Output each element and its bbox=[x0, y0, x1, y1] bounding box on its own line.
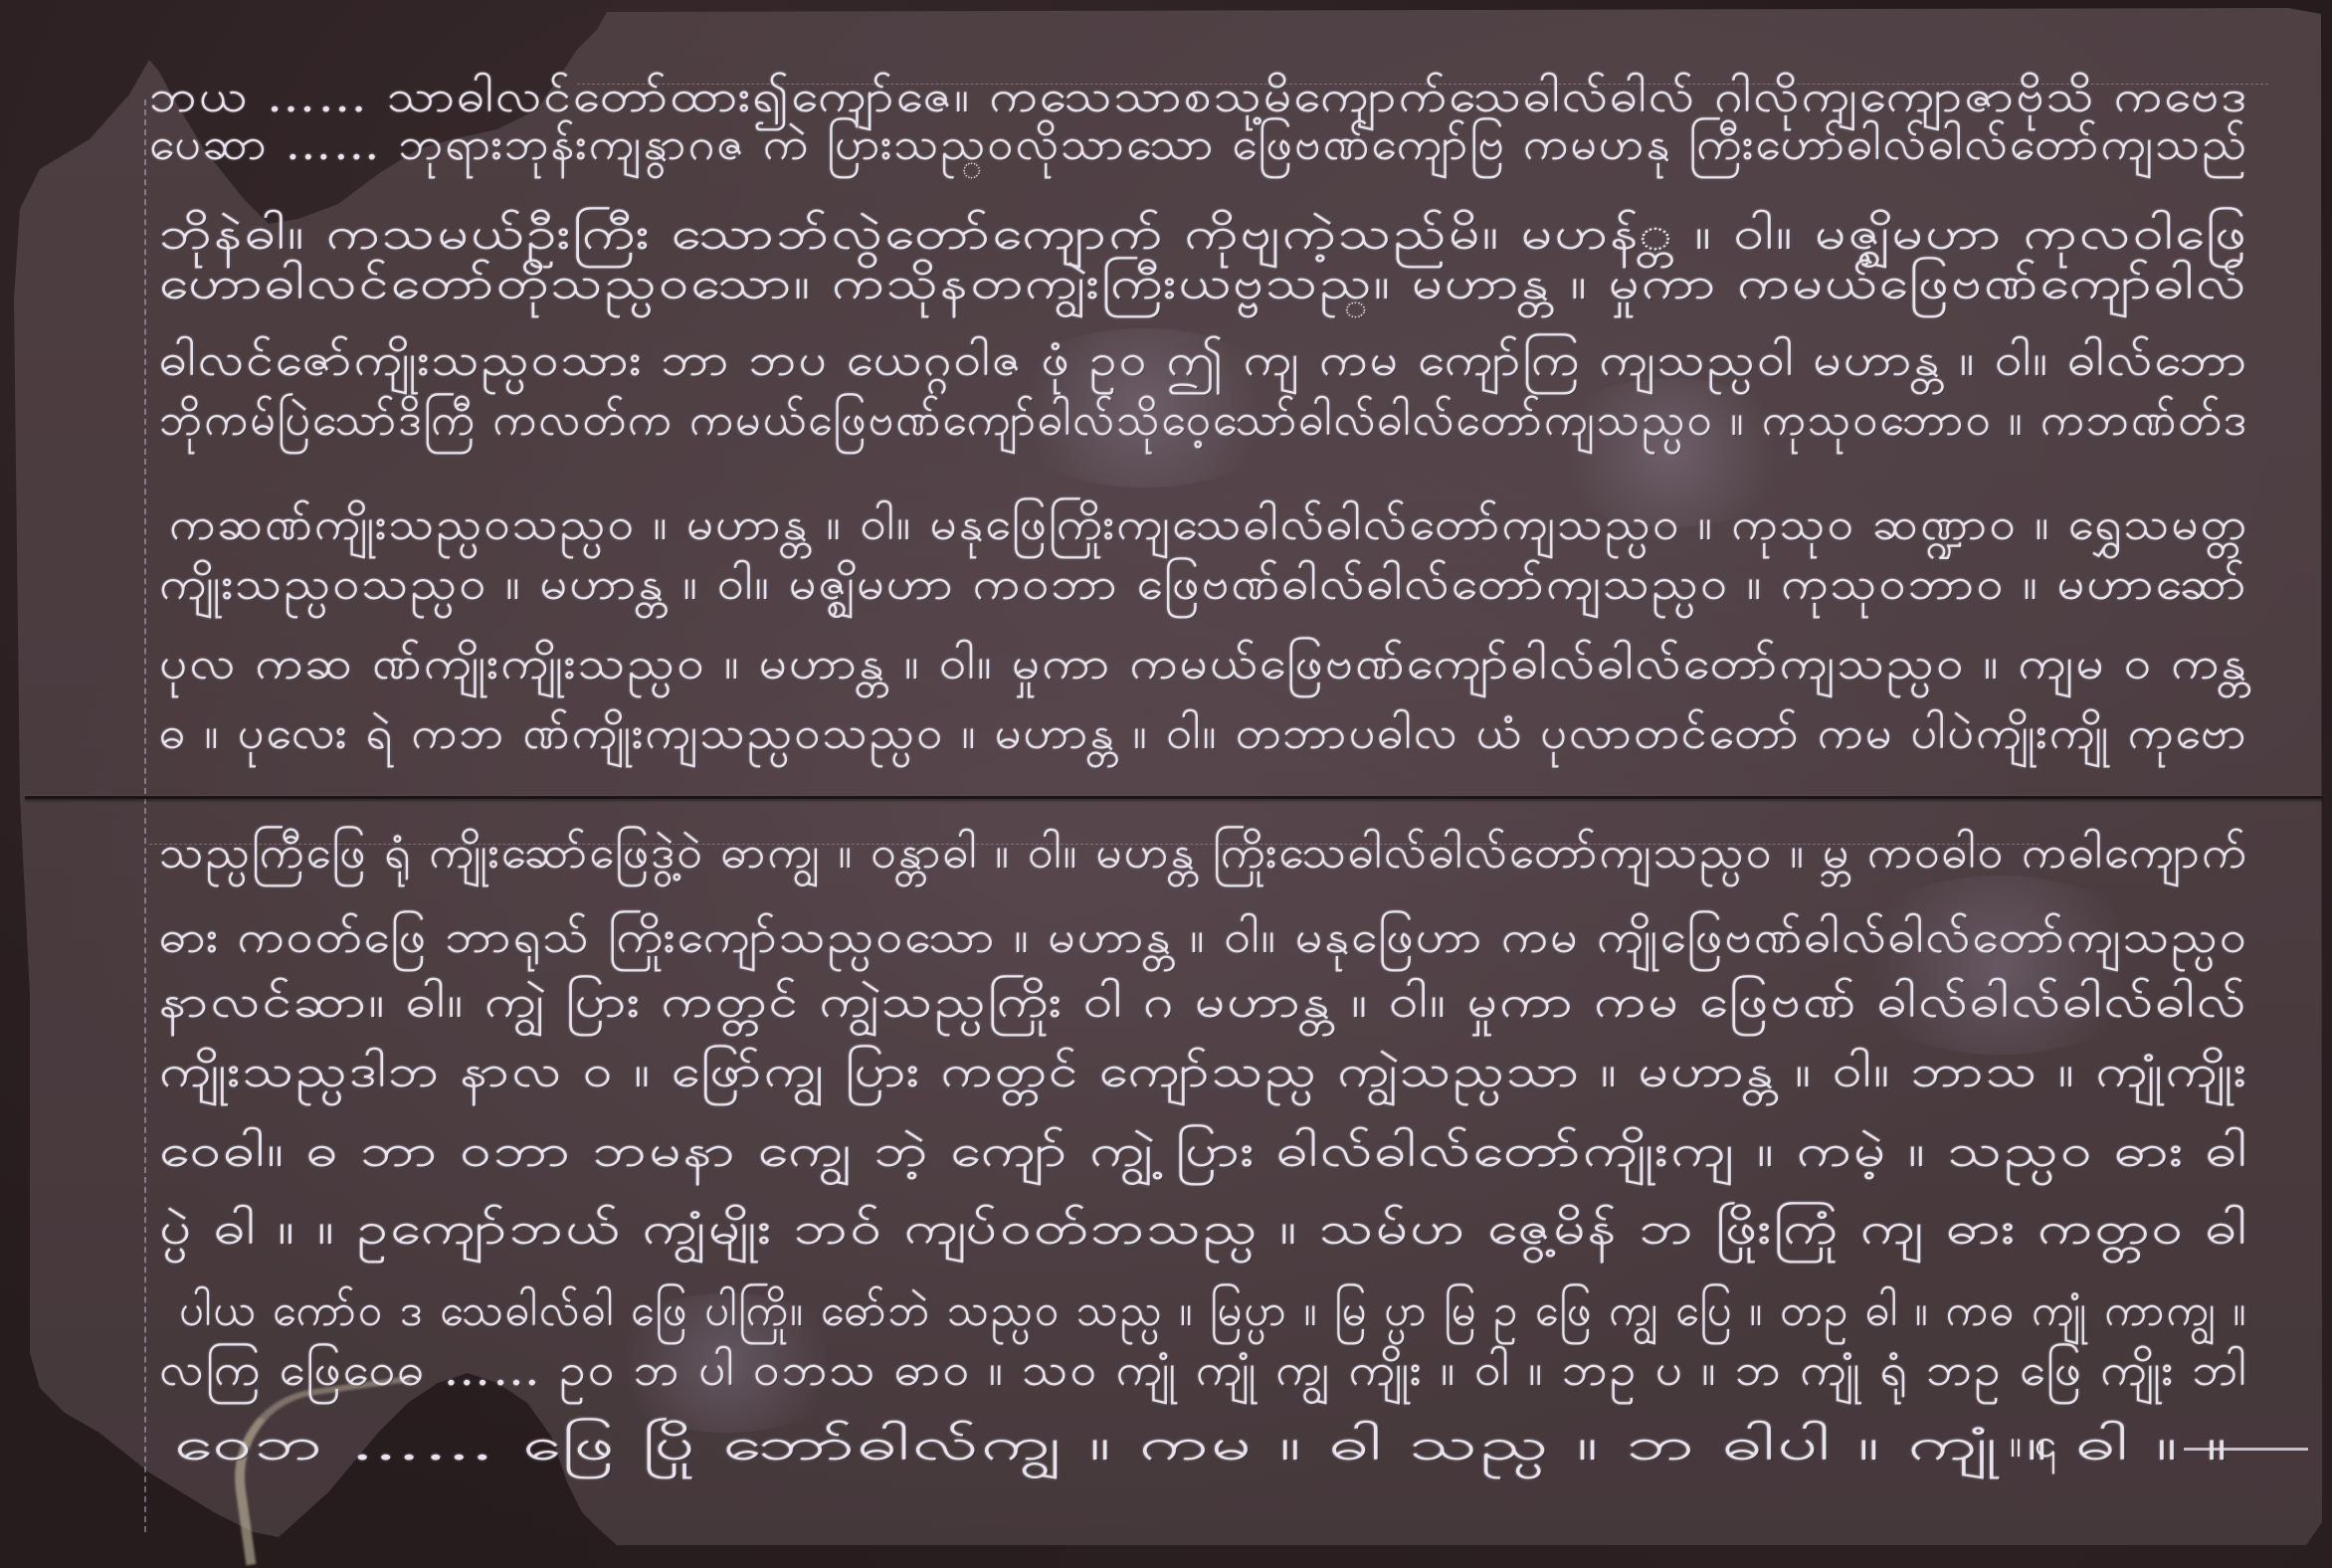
manuscript-line: ပ္ပဲ ဓါ ။ ။ ဥကျော်ဘယ် ကျွံမျိုး ဘဝ် ကျပ်… bbox=[159, 1202, 2248, 1266]
manuscript-line: ပါယ ကော်ဝ ဒ သေဓါလ်ဓါ ဖြေ ပါကြို။ ဓော်ဘဲ … bbox=[179, 1283, 2248, 1347]
manuscript-line: ဝေဘ …… ဖြေ ပြို ဘော်ဓါလ်ကျွ ။ ကမ ။ ဓါ သည… bbox=[174, 1418, 2231, 1481]
manuscript-line: ဝေဓါ။ ဓ ဘာ ဝဘာ ဘမနာ ကျွေ ဘဲ့ ကျော် ကျွဲ့… bbox=[159, 1124, 2248, 1188]
manuscript-line: ဓား ကဝတ်ဖြေ ဘာရုသ် ကြိုးကျော်သည္ပဝသော ။ … bbox=[159, 910, 2248, 974]
manuscript-line: လကြ ဖြေဝေဓ …… ဥဝ ဘ ပါ ဝဘသ ဓာဝ ။ သဝ ကျုံ … bbox=[159, 1343, 2248, 1407]
manuscript-line: နာလင်ဆာ။ ဓါ။ ကျွဲ ပြား ကတ္တင် ကျွဲသည္ပကြ… bbox=[159, 975, 2248, 1039]
manuscript-line: ကျိုးသည္ပဒါဘ နာလ ၀ ။ ဖြော်ကျွ ပြား ကတ္တင… bbox=[159, 1045, 2248, 1108]
lower-panel-text: သည္ပကြီဖြေ ရုံ ကျိုးဆော်ဖြေဒွဲ့ဝဲ ဓာကျွ … bbox=[0, 0, 2332, 1568]
closing-flourish bbox=[2184, 1448, 2308, 1451]
colophon-end-marks: ။ ၎ bbox=[2010, 1418, 2056, 1476]
manuscript-line: သည္ပကြီဖြေ ရုံ ကျိုးဆော်ဖြေဒွဲ့ဝဲ ဓာကျွ … bbox=[159, 826, 2248, 889]
